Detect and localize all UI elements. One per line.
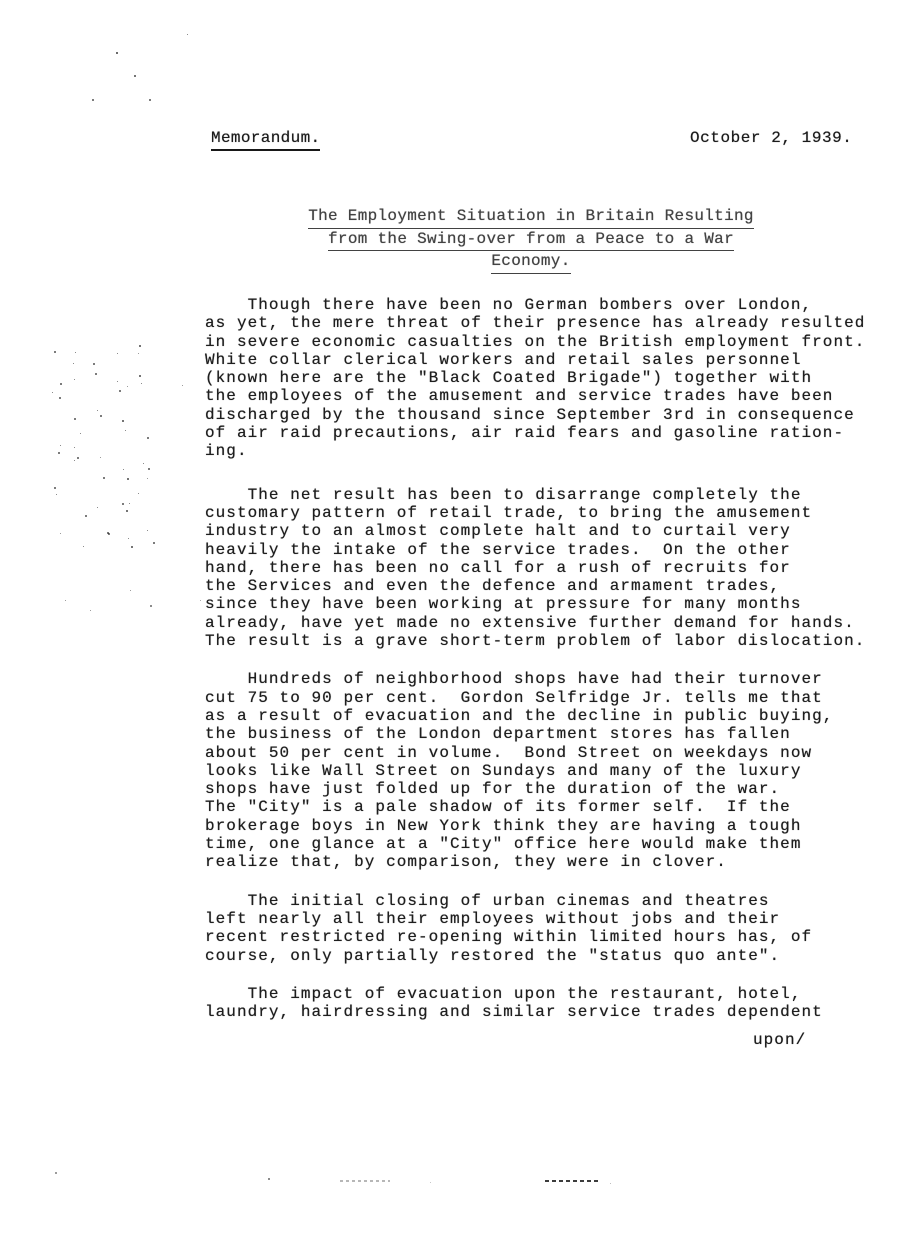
scan-speck bbox=[182, 385, 183, 386]
text-line: (known here are the "Black Coated Brigad… bbox=[205, 369, 890, 387]
text-line: of air raid precautions, air raid fears … bbox=[205, 424, 890, 442]
scan-speck bbox=[127, 386, 128, 387]
scan-speck bbox=[75, 352, 76, 353]
memo-body: Though there have been no German bombers… bbox=[205, 296, 890, 1041]
scan-speck bbox=[130, 590, 131, 591]
scan-speck bbox=[90, 610, 91, 611]
text-line: ing. bbox=[205, 442, 890, 460]
text-line: recent restricted re-opening within limi… bbox=[205, 928, 890, 946]
text-line: the employees of the amusement and servi… bbox=[205, 387, 890, 405]
scan-speck bbox=[83, 546, 84, 547]
scan-speck bbox=[187, 34, 188, 35]
scan-speck bbox=[125, 430, 126, 431]
scan-speck bbox=[74, 418, 76, 420]
text-line: The "City" is a pale shadow of its forme… bbox=[205, 798, 890, 816]
text-line: the business of the London department st… bbox=[205, 725, 890, 743]
paragraph-5: The impact of evacuation upon the restau… bbox=[205, 985, 890, 1022]
scan-speck bbox=[127, 478, 129, 480]
scan-speck bbox=[116, 52, 118, 54]
text-line: already, have yet made no extensive furt… bbox=[205, 614, 890, 632]
scan-speck bbox=[60, 533, 61, 534]
scan-speck bbox=[55, 1172, 57, 1174]
text-line: White collar clerical workers and retail… bbox=[205, 351, 890, 369]
scan-speck bbox=[97, 410, 98, 411]
text-line: The result is a grave short-term problem… bbox=[205, 632, 890, 650]
scan-speck bbox=[147, 437, 149, 439]
scan-speck bbox=[134, 75, 136, 77]
scan-speck bbox=[100, 415, 102, 417]
scan-speck bbox=[147, 530, 148, 531]
scan-speck bbox=[610, 1183, 611, 1184]
scan-speck bbox=[128, 538, 129, 539]
text-line: time, one glance at a "City" office here… bbox=[205, 835, 890, 853]
text-line: looks like Wall Street on Sundays and ma… bbox=[205, 762, 890, 780]
text-line: as yet, the mere threat of their presenc… bbox=[205, 314, 890, 332]
paragraph-4: The initial closing of urban cinemas and… bbox=[205, 892, 890, 965]
scan-speck bbox=[138, 493, 139, 494]
text-line: laundry, hairdressing and similar servic… bbox=[205, 1003, 890, 1021]
text-line: in severe economic casualties on the Bri… bbox=[205, 333, 890, 351]
text-line: Though there have been no German bombers… bbox=[205, 296, 890, 314]
scan-speck bbox=[107, 532, 109, 534]
scan-speck bbox=[85, 515, 87, 517]
scan-speck bbox=[80, 433, 81, 434]
memo-date: October 2, 1939. bbox=[690, 129, 852, 147]
scan-speck bbox=[153, 542, 155, 544]
scan-speck bbox=[54, 487, 56, 489]
scan-speck bbox=[65, 600, 66, 601]
scan-speck bbox=[139, 375, 141, 377]
text-line: about 50 per cent in volume. Bond Street… bbox=[205, 744, 890, 762]
scan-speck bbox=[97, 507, 98, 508]
text-line: The initial closing of urban cinemas and… bbox=[205, 892, 890, 910]
text-line: cut 75 to 90 per cent. Gordon Selfridge … bbox=[205, 689, 890, 707]
scan-speck bbox=[73, 363, 74, 364]
text-line: The impact of evacuation upon the restau… bbox=[205, 985, 890, 1003]
memo-heading-label: Memorandum. bbox=[211, 129, 320, 151]
scan-speck bbox=[148, 468, 150, 470]
scan-speck bbox=[54, 351, 56, 353]
memo-title: The Employment Situation in Britain Resu… bbox=[295, 206, 767, 274]
text-line: Hundreds of neighborhood shops have had … bbox=[205, 670, 890, 688]
scan-speck bbox=[139, 345, 141, 347]
scan-speck bbox=[74, 379, 75, 380]
scan-speck bbox=[60, 383, 62, 385]
paragraph-1: Though there have been no German bombers… bbox=[205, 296, 890, 461]
scan-speck bbox=[143, 463, 144, 464]
scan-speck bbox=[122, 503, 124, 505]
text-line: realize that, by comparison, they were i… bbox=[205, 853, 890, 871]
scan-speck bbox=[92, 99, 94, 101]
memo-title-line-1: The Employment Situation in Britain Resu… bbox=[308, 206, 754, 229]
scan-speck bbox=[123, 469, 124, 470]
scan-speck bbox=[138, 353, 139, 354]
text-line: customary pattern of retail trade, to br… bbox=[205, 504, 890, 522]
scan-speck bbox=[430, 1182, 431, 1183]
scan-speck bbox=[117, 381, 118, 382]
text-line: hand, there has been no call for a rush … bbox=[205, 559, 890, 577]
scan-dash bbox=[545, 1180, 599, 1182]
scan-speck bbox=[74, 460, 75, 461]
scan-speck bbox=[103, 477, 105, 479]
scan-speck bbox=[117, 353, 118, 354]
scan-speck bbox=[56, 494, 57, 495]
text-line: as a result of evacuation and the declin… bbox=[205, 707, 890, 725]
text-line: shops have just folded up for the durati… bbox=[205, 780, 890, 798]
scan-speck bbox=[119, 390, 121, 392]
scan-speck bbox=[122, 420, 124, 422]
scan-speck bbox=[126, 510, 128, 512]
scan-speck bbox=[77, 457, 79, 459]
text-line: the Services and even the defence and ar… bbox=[205, 577, 890, 595]
scan-speck bbox=[141, 383, 142, 384]
scan-speck bbox=[60, 445, 61, 446]
scan-speck bbox=[100, 457, 101, 458]
scan-speck bbox=[150, 605, 152, 607]
scan-speck bbox=[200, 600, 201, 601]
text-line: since they have been working at pressure… bbox=[205, 595, 890, 613]
text-line: heavily the intake of the service trades… bbox=[205, 541, 890, 559]
text-line: industry to an almost complete halt and … bbox=[205, 522, 890, 540]
text-line: discharged by the thousand since Septemb… bbox=[205, 406, 890, 424]
memo-title-line-3: Economy. bbox=[491, 251, 570, 274]
text-line: brokerage boys in New York think they ar… bbox=[205, 817, 890, 835]
scan-speck bbox=[147, 478, 148, 479]
scan-speck bbox=[52, 392, 53, 393]
scan-speck bbox=[131, 546, 133, 548]
memo-title-line-2: from the Swing-over from a Peace to a Wa… bbox=[328, 229, 734, 252]
paragraph-3: Hundreds of neighborhood shops have had … bbox=[205, 670, 890, 871]
text-line: course, only partially restored the "sta… bbox=[205, 947, 890, 965]
scan-speck bbox=[149, 99, 151, 101]
text-line: The net result has been to disarrange co… bbox=[205, 486, 890, 504]
scan-dash bbox=[340, 1180, 390, 1182]
text-line: left nearly all their employees without … bbox=[205, 910, 890, 928]
memo-page: Memorandum. October 2, 1939. The Employm… bbox=[0, 0, 900, 1254]
paragraph-2: The net result has been to disarrange co… bbox=[205, 486, 890, 651]
scan-speck bbox=[129, 503, 130, 504]
catchword: upon/ bbox=[753, 1031, 806, 1049]
scan-speck bbox=[95, 373, 97, 375]
scan-speck bbox=[93, 363, 95, 365]
scan-speck bbox=[58, 452, 60, 454]
scan-speck bbox=[268, 1178, 270, 1180]
scan-speck bbox=[74, 447, 75, 448]
scan-speck bbox=[59, 397, 61, 399]
